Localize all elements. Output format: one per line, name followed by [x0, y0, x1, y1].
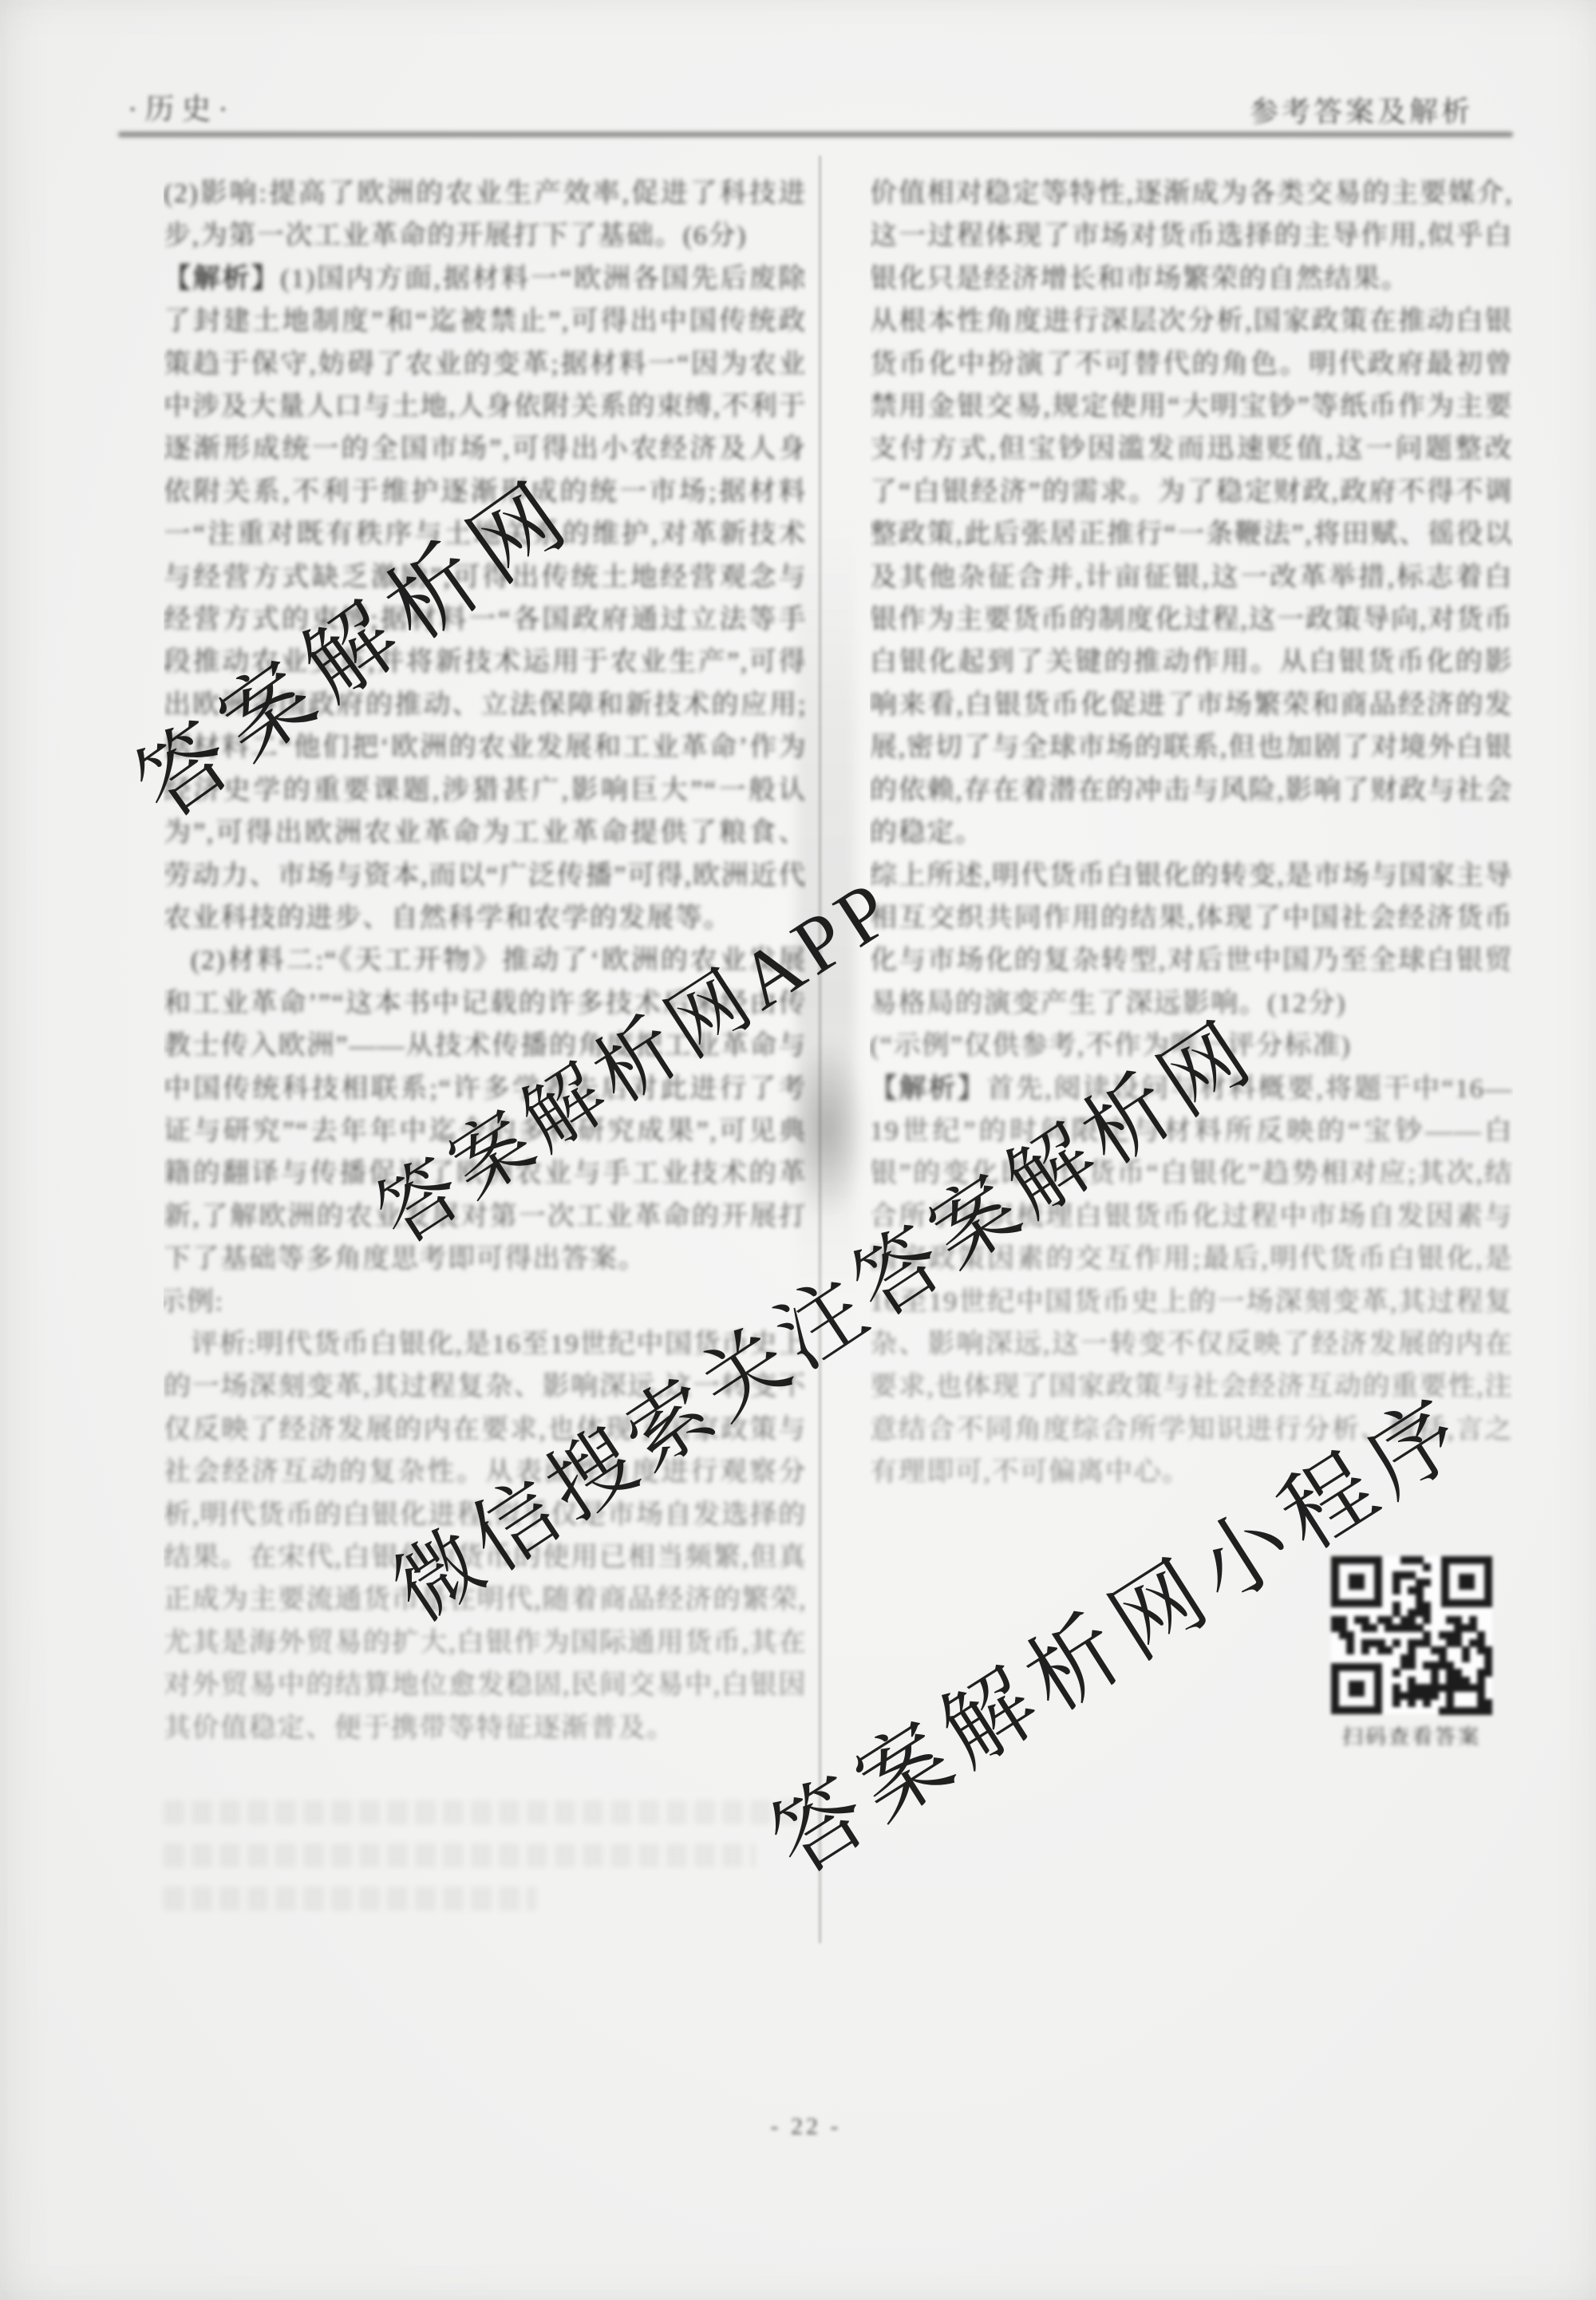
qr-finder-icon — [1331, 1556, 1382, 1607]
paragraph-text: 综上所述,明代货币白银化的转变,是市场与国家主导相互交织共同作用的结果,体现了中… — [870, 861, 1513, 1018]
scanned-answer-page: ·历史· 参考答案及解析 (2)影响:提高了欧洲的农业生产效率,促进了科技进步,… — [0, 0, 1596, 2300]
qr-caption: 扫码查看答案 — [1331, 1721, 1492, 1750]
paragraph-text: 从根本性角度进行深层次分析,国家政策在推动白银货币化中扮演了不可替代的角色。明代… — [870, 306, 1513, 848]
header-section-title: 参考答案及解析 — [1250, 89, 1473, 130]
right-column: 价值相对稳定等特性,逐渐成为各类交易的主要媒介,这一过程体现了市场对货币选择的主… — [870, 172, 1513, 1494]
scan-fold-smudge — [788, 1037, 865, 1221]
qr-code — [1331, 1556, 1492, 1714]
paragraph-text: 16.示例: — [120, 1287, 224, 1317]
showthrough-text-ghost — [164, 1800, 807, 1930]
paragraph-text: (2)影响:提高了欧洲的农业生产效率,促进了科技进步,为第一次工业革命的开展打下… — [164, 179, 807, 251]
paragraph: 价值相对稳定等特性,逐渐成为各类交易的主要媒介,这一过程体现了市场对货币选择的主… — [870, 172, 1513, 300]
paragraph-lead: 【解析】 — [870, 1074, 986, 1104]
ghost-line — [164, 1844, 756, 1867]
paragraph-question-16: 16.示例: — [120, 1281, 807, 1323]
qr-code-block: 扫码查看答案 — [1331, 1556, 1492, 1750]
header-rule — [118, 132, 1513, 137]
ghost-line — [164, 1800, 807, 1824]
qr-finder-icon — [1441, 1556, 1492, 1607]
page-number: - 22 - — [0, 2113, 1596, 2140]
paragraph-lead: 【解析】 — [164, 264, 281, 294]
paragraph-text: 价值相对稳定等特性,逐渐成为各类交易的主要媒介,这一过程体现了市场对货币选择的主… — [870, 179, 1513, 294]
header-subject-title: ·历史· — [128, 85, 235, 128]
paragraph: (2)影响:提高了欧洲的农业生产效率,促进了科技进步,为第一次工业革命的开展打下… — [164, 172, 807, 258]
paragraph: 从根本性角度进行深层次分析,国家政策在推动白银货币化中扮演了不可替代的角色。明代… — [870, 300, 1513, 854]
qr-finder-icon — [1331, 1663, 1382, 1714]
ghost-line — [164, 1887, 536, 1911]
